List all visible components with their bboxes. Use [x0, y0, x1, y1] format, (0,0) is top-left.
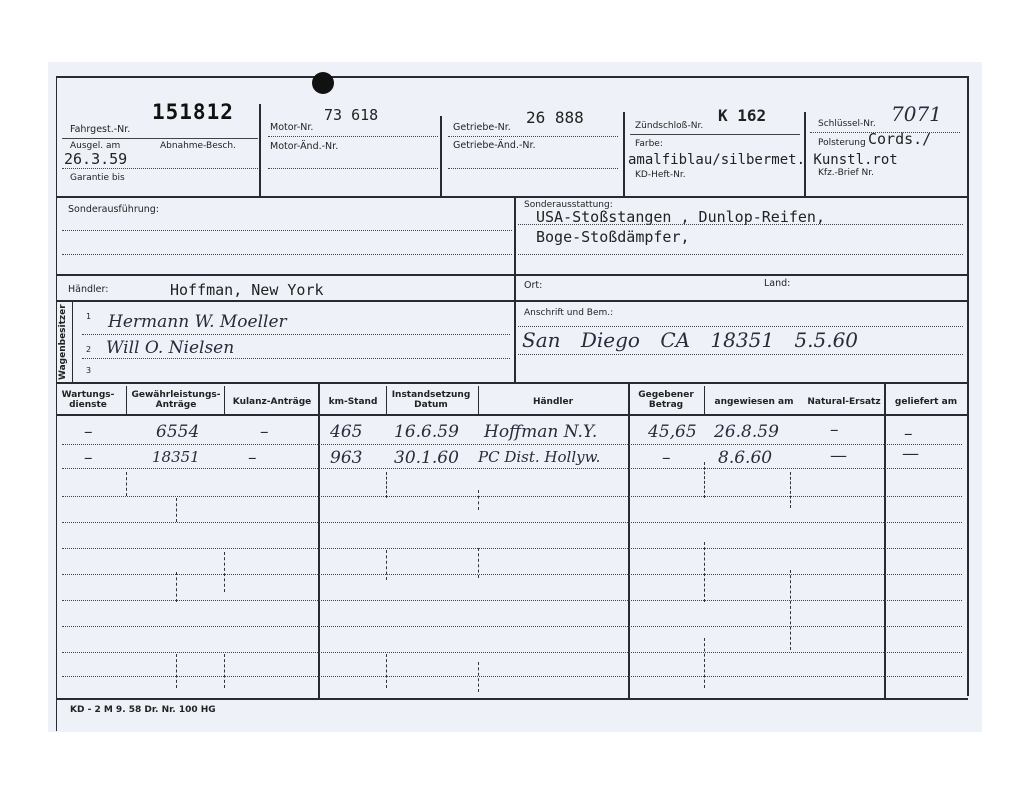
- fahrgestell-nr-label: Fahrgest.-Nr.: [70, 124, 130, 135]
- row-line: [62, 676, 962, 677]
- divider: [259, 104, 261, 198]
- sub-divider: [790, 570, 791, 650]
- sub-divider: [176, 654, 177, 688]
- sub-divider: [386, 654, 387, 688]
- left-border: [56, 76, 57, 731]
- schluessel-label: Schlüssel-Nr.: [818, 119, 876, 129]
- haendler-value: Hoffman, New York: [170, 281, 324, 299]
- section-divider: [56, 382, 968, 384]
- farbe-value: amalfiblau/silbermet. Kunstl.rot: [628, 152, 898, 168]
- sonderausstattung-line2: Boge-Stoßdämpfer,: [536, 228, 690, 246]
- getriebe-nr-label: Getriebe-Nr.: [453, 122, 511, 133]
- col-header-haendler: Händler: [478, 397, 628, 407]
- cell-datum: 30.1.60: [394, 448, 459, 468]
- col-header-angewiesen: angewiesen am: [704, 397, 804, 407]
- sub-divider: [704, 542, 705, 602]
- blank-line: [62, 254, 512, 255]
- divider: [440, 116, 442, 198]
- col-header-wartungsdienste: Wartungs- dienste: [58, 390, 118, 410]
- motor-nr-label: Motor-Nr.: [270, 122, 313, 133]
- sub-divider: [176, 572, 177, 602]
- getriebe-aend-label: Getriebe-Änd.-Nr.: [453, 140, 536, 151]
- col-divider: [704, 386, 705, 414]
- kd-heft-label: KD-Heft-Nr.: [635, 170, 686, 180]
- anschrift-value: San Diego CA 18351 5.5.60: [522, 328, 858, 352]
- zuendschloss-value: K 162: [718, 106, 766, 125]
- row-line: [62, 496, 962, 497]
- top-border: [56, 76, 968, 78]
- separator: [630, 134, 800, 135]
- cell-kulanz: –: [248, 448, 257, 468]
- col-header-natural-ersatz: Natural-Ersatz: [804, 397, 884, 407]
- row-line: [62, 522, 962, 523]
- cell-haendler: PC Dist. Hollyw.: [478, 448, 600, 466]
- separator: [448, 136, 618, 137]
- sub-divider: [386, 550, 387, 580]
- section-divider: [56, 274, 968, 276]
- cell-angewiesen: 26.8.59: [714, 422, 779, 442]
- motor-nr-value: 73 618: [324, 106, 378, 124]
- fahrgestell-nr-value: 151812: [152, 100, 234, 124]
- farbe-label: Farbe:: [635, 139, 663, 149]
- separator: [62, 138, 258, 139]
- polsterung-label: Polsterung: [818, 138, 866, 148]
- owner-2-number: 2: [86, 345, 91, 354]
- cell-wartung: –: [84, 422, 93, 442]
- sub-divider: [478, 662, 479, 692]
- owner-3-number: 3: [86, 366, 91, 375]
- section-divider: [56, 196, 968, 198]
- owner-1-number: 1: [86, 312, 91, 321]
- cell-km-stand: 465: [330, 422, 362, 442]
- owner-2-name: Will O. Nielsen: [106, 338, 234, 358]
- cell-betrag: –: [662, 448, 671, 468]
- col-divider: [224, 386, 225, 414]
- sub-divider: [704, 638, 705, 688]
- cell-gewaehrleistung: 18351: [152, 448, 200, 466]
- kfz-brief-label: Kfz.-Brief Nr.: [818, 168, 874, 178]
- cell-wartung: –: [84, 448, 93, 468]
- sub-divider: [224, 552, 225, 592]
- bottom-divider: [56, 698, 968, 700]
- polsterung-value: Cords./: [868, 130, 931, 148]
- row-line: [62, 600, 962, 601]
- sub-divider: [224, 654, 225, 688]
- sub-divider: [478, 490, 479, 510]
- vehicle-record-card: 151812 Fahrgest.-Nr. Ausgel. am Abnahme-…: [48, 62, 982, 732]
- cell-geliefert: –: [904, 424, 913, 444]
- punch-hole: [312, 72, 334, 94]
- cell-km-stand: 963: [330, 448, 362, 468]
- sub-divider: [478, 548, 479, 578]
- blank-line: [518, 224, 963, 225]
- blank-line: [518, 354, 963, 355]
- blank-line: [82, 358, 510, 359]
- haendler-label: Händler:: [68, 284, 108, 295]
- blank-line: [62, 230, 512, 231]
- ausgel-am-value: 26.3.59: [64, 150, 127, 168]
- sub-divider: [126, 472, 127, 496]
- col-divider: [386, 386, 387, 414]
- zuendschloss-label: Zündschloß-Nr.: [635, 121, 703, 131]
- divider: [804, 112, 806, 198]
- separator: [268, 168, 438, 169]
- separator: [62, 168, 258, 169]
- ort-label: Ort:: [524, 280, 542, 291]
- row-line: [62, 626, 962, 627]
- sub-divider: [790, 472, 791, 508]
- cell-haendler: Hoffman N.Y.: [484, 422, 597, 442]
- row-line: [62, 444, 962, 445]
- cell-natural-ersatz: –: [830, 420, 839, 440]
- cell-angewiesen: 8.6.60: [718, 448, 772, 468]
- garantie-label: Garantie bis: [70, 173, 125, 183]
- wagenbesitzer-label: Wagenbesitzer: [58, 304, 68, 380]
- col-header-geliefert: geliefert am: [884, 397, 968, 407]
- getriebe-nr-value: 26 888: [526, 108, 584, 127]
- blank-line: [82, 334, 510, 335]
- schluessel-value: 7071: [891, 102, 942, 126]
- cell-kulanz: –: [260, 422, 269, 442]
- col-header-betrag: Gegebener Betrag: [630, 390, 702, 410]
- abnahme-label: Abnahme-Besch.: [160, 141, 236, 151]
- divider: [72, 302, 73, 382]
- table-header-divider: [56, 414, 968, 416]
- sub-divider: [176, 498, 177, 522]
- separator: [448, 168, 618, 169]
- right-border: [967, 76, 969, 696]
- row-line: [62, 652, 962, 653]
- col-divider: [126, 386, 127, 414]
- motor-aend-label: Motor-Änd.-Nr.: [270, 141, 338, 152]
- form-footer: KD - 2 M 9. 58 Dr. Nr. 100 HG: [70, 705, 216, 715]
- sonderausfuehrung-label: Sonderausführung:: [68, 204, 159, 215]
- sub-divider: [704, 462, 705, 498]
- anschrift-label: Anschrift und Bem.:: [524, 308, 613, 318]
- divider: [623, 112, 625, 198]
- blank-line: [518, 254, 963, 255]
- col-header-kulanz: Kulanz-Anträge: [226, 397, 318, 407]
- separator: [268, 136, 438, 137]
- cell-betrag: 45,65: [648, 422, 697, 442]
- divider: [514, 196, 516, 382]
- row-line: [62, 468, 962, 469]
- section-divider: [56, 300, 968, 302]
- land-label: Land:: [764, 278, 790, 289]
- owner-1-name: Hermann W. Moeller: [108, 312, 287, 332]
- row-line: [62, 548, 962, 549]
- cell-natural-ersatz: —: [830, 446, 847, 466]
- col-divider: [478, 386, 479, 414]
- blank-line: [518, 326, 963, 327]
- cell-gewaehrleistung: 6554: [156, 422, 199, 442]
- row-line: [62, 574, 962, 575]
- cell-datum: 16.6.59: [394, 422, 459, 442]
- sub-divider: [386, 472, 387, 498]
- col-header-km-stand: km-Stand: [320, 397, 386, 407]
- cell-geliefert: —: [902, 444, 919, 464]
- col-header-instandsetzung: Instandsetzung Datum: [386, 390, 476, 410]
- col-header-gewaehrleistung: Gewährleistungs- Anträge: [128, 390, 224, 410]
